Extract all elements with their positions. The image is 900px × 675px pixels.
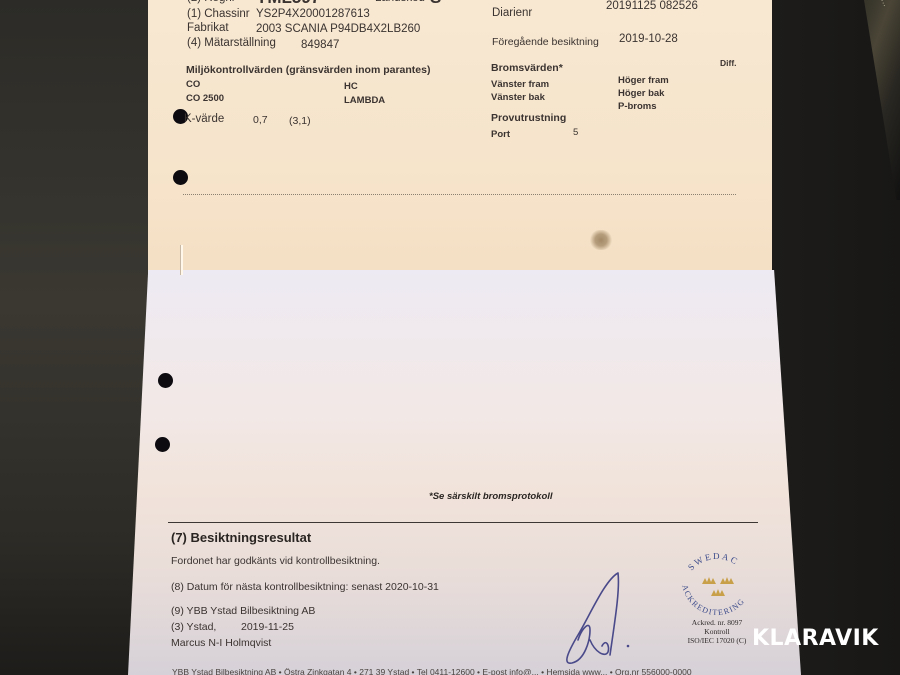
diarienr-value: 20191125 082526 xyxy=(606,0,698,12)
hoger-fram: Höger fram xyxy=(618,75,669,86)
punch-hole xyxy=(155,437,170,452)
hoger-bak: Höger bak xyxy=(618,88,664,99)
matarstallning-label: (4) Mätarställning xyxy=(187,37,276,49)
chassinr-value: YS2P4X20001287613 xyxy=(256,8,370,20)
document-footer: YBB Ystad Bilbesiktning AB • Östra Zinkg… xyxy=(172,667,692,675)
port-value: 5 xyxy=(573,127,578,138)
co2500-label: CO 2500 xyxy=(186,93,224,104)
background-strap: Tillverkad av återvunna ... xyxy=(810,0,900,200)
hc-label: HC xyxy=(344,81,358,92)
svg-text:ACKREDITERING: ACKREDITERING xyxy=(680,584,746,617)
port-label: Port xyxy=(491,129,510,140)
seal-accreditation-number: Ackred. nr. 8097 xyxy=(672,618,762,627)
landskod-label: Landskod xyxy=(375,0,425,4)
result-title: (7) Besiktningsresultat xyxy=(171,530,311,545)
place-label: (3) Ystad, xyxy=(171,621,216,633)
diarienr-label: Diarienr xyxy=(492,7,532,19)
strap-text: Tillverkad av återvunna ... xyxy=(838,0,892,8)
separator-solid xyxy=(168,522,758,523)
miljo-title: Miljökontrollvärden (gränsvärden inom pa… xyxy=(186,64,430,76)
vanster-fram: Vänster fram xyxy=(491,79,549,90)
kvarde-value: 0,7 xyxy=(253,114,268,126)
klaravik-watermark: KLARAVIK xyxy=(752,626,879,651)
regnr-label: (2) Regnr xyxy=(187,0,236,4)
inspector-name: Marcus N-I Holmqvist xyxy=(171,637,271,649)
brake-protocol-note: *Se särskilt bromsprotokoll xyxy=(429,491,553,502)
kvarde-label: K-värde xyxy=(184,113,224,125)
landskod-value: S xyxy=(430,0,441,8)
co-label: CO xyxy=(186,79,200,90)
punch-hole xyxy=(173,170,188,185)
foregaende-value: 2019-10-28 xyxy=(619,33,678,45)
fold-crease xyxy=(180,245,183,275)
vanster-bak: Vänster bak xyxy=(491,92,545,103)
regnr-value: YML597 xyxy=(256,0,320,8)
station-partial: YBB Ystad Bilb... xyxy=(492,0,579,3)
punch-hole xyxy=(158,373,173,388)
inspection-date: 2019-11-25 xyxy=(241,621,294,633)
station-name: (9) YBB Ystad Bilbesiktning AB xyxy=(171,605,315,617)
result-text: Fordonet har godkänts vid kontrollbesikt… xyxy=(171,555,380,567)
broms-title: Bromsvärden* xyxy=(491,62,563,74)
signature-icon xyxy=(550,560,660,670)
lambda-label: LAMBDA xyxy=(344,95,385,106)
diff-label: Diff. xyxy=(720,58,737,68)
fabrikat-value: 2003 SCANIA P94DB4X2LB260 xyxy=(256,23,420,35)
p-broms: P-broms xyxy=(618,101,657,112)
chassinr-label: (1) Chassinr xyxy=(187,8,250,20)
fabrikat-label: Fabrikat xyxy=(187,22,229,34)
matarstallning-value: 849847 xyxy=(301,39,339,51)
separator-dotted xyxy=(183,194,736,195)
next-inspection-date: (8) Datum för nästa kontrollbesiktning: … xyxy=(171,581,439,593)
foregaende-label: Föregående besiktning xyxy=(492,36,599,48)
kvarde-limit: (3,1) xyxy=(289,115,311,127)
paper-stain xyxy=(590,230,612,250)
seal-control: Kontroll xyxy=(672,627,762,636)
svg-text:SWEDAC: SWEDAC xyxy=(686,551,741,572)
swedac-seal-icon: SWEDAC ACKREDITERING xyxy=(674,550,760,620)
seal-standard: ISO/IEC 17020 (C) xyxy=(672,636,762,645)
provutrustning-label: Provutrustning xyxy=(491,112,566,124)
